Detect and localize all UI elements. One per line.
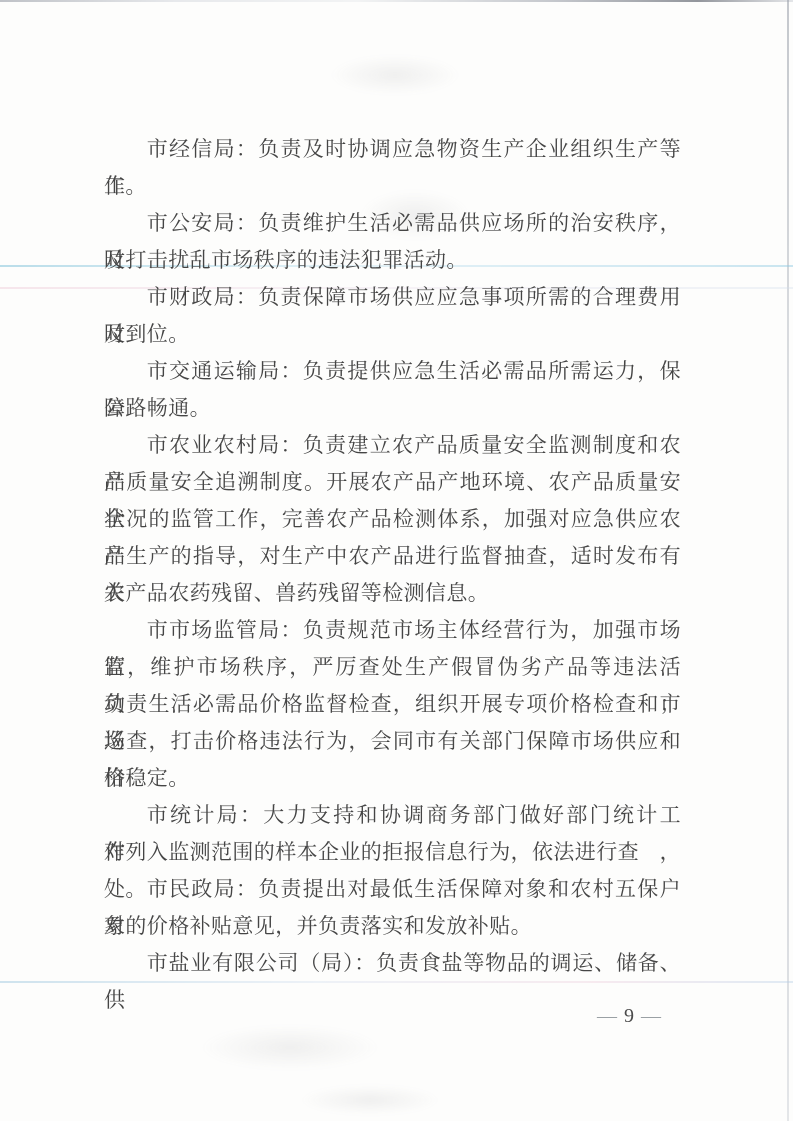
- paragraph: 市市场监管局：负责规范市场主体经营行为，加强市场监管，维护市场秩序，严厉查处生产…: [104, 612, 681, 797]
- text-line: 市统计局：大力支持和协调商务部门做好部门统计工作，: [104, 797, 681, 834]
- scan-right-edge-line: [787, 0, 789, 1121]
- paragraph: 市交通运输局：负责提供应急生活必需品所需运力，保障公路畅通。: [104, 353, 681, 427]
- page-number-value: 9: [624, 1005, 634, 1028]
- text-line: 作。: [104, 168, 681, 205]
- text-line: 格稳定。: [104, 760, 681, 797]
- paragraph: 市统计局：大力支持和协调商务部门做好部门统计工作，对列入监测范围的样本企业的拒报…: [104, 797, 681, 871]
- text-line: 象的价格补贴意见，并负责落实和发放补贴。: [104, 908, 681, 945]
- text-line: 品质量安全追溯制度。开展农产品产地环境、农产品质量安全: [104, 464, 681, 501]
- document-body: 市经信局：负责及时协调应急物资生产企业组织生产等工作。市公安局：负责维护生活必需…: [104, 131, 681, 982]
- text-line: 市交通运输局：负责提供应急生活必需品所需运力，保障: [104, 353, 681, 390]
- scan-smudge: [330, 55, 460, 95]
- text-line: 状况的监管工作，完善农产品检测体系，加强对应急供应农产: [104, 501, 681, 538]
- paragraph: 市经信局：负责及时协调应急物资生产企业组织生产等工作。: [104, 131, 681, 205]
- scan-smudge: [300, 1085, 440, 1115]
- page-number-dash-right: —: [641, 1005, 661, 1028]
- text-line: 农产品农药残留、兽药残留等检测信息。: [104, 575, 681, 612]
- document-page: 市经信局：负责及时协调应急物资生产企业组织生产等工作。市公安局：负责维护生活必需…: [0, 0, 793, 1121]
- text-line: 对列入监测范围的样本企业的拒报信息行为，依法进行查处。: [104, 834, 681, 871]
- text-line: 市民政局：负责提出对最低生活保障对象和农村五保户对: [104, 871, 681, 908]
- text-line: 公路畅通。: [104, 390, 681, 427]
- scan-top-edge-line: [0, 0, 793, 2]
- text-line: 巡查，打击价格违法行为，会同市有关部门保障市场供应和价: [104, 723, 681, 760]
- text-line: 时到位。: [104, 316, 681, 353]
- scan-smudge: [200, 1025, 380, 1070]
- paragraph: 市民政局：负责提出对最低生活保障对象和农村五保户对象的价格补贴意见，并负责落实和…: [104, 871, 681, 945]
- text-line: 市农业农村局：负责建立农产品质量安全监测制度和农产: [104, 427, 681, 464]
- paragraph: 市盐业有限公司（局）：负责食盐等物品的调运、储备、供: [104, 945, 681, 982]
- paragraph: 市财政局：负责保障市场供应应急事项所需的合理费用及时到位。: [104, 279, 681, 353]
- page-number-dash-left: —: [597, 1005, 617, 1028]
- text-line: 品生产的指导，对生产中农产品进行监督抽查，适时发布有关: [104, 538, 681, 575]
- text-line: 时打击扰乱市场秩序的违法犯罪活动。: [104, 242, 681, 279]
- text-line: 市市场监管局：负责规范市场主体经营行为，加强市场监: [104, 612, 681, 649]
- page-number: — 9 —: [592, 1002, 666, 1030]
- text-line: 负责生活必需品价格监督检查，组织开展专项价格检查和市场: [104, 686, 681, 723]
- text-line: 市财政局：负责保障市场供应应急事项所需的合理费用及: [104, 279, 681, 316]
- text-line: 市经信局：负责及时协调应急物资生产企业组织生产等工: [104, 131, 681, 168]
- text-line: 市公安局：负责维护生活必需品供应场所的治安秩序，及: [104, 205, 681, 242]
- paragraph: 市农业农村局：负责建立农产品质量安全监测制度和农产品质量安全追溯制度。开展农产品…: [104, 427, 681, 612]
- text-line: 管，维护市场秩序，严厉查处生产假冒伪劣产品等违法活动；: [104, 649, 681, 686]
- text-line: 市盐业有限公司（局）：负责食盐等物品的调运、储备、供: [104, 945, 681, 982]
- paragraph: 市公安局：负责维护生活必需品供应场所的治安秩序，及时打击扰乱市场秩序的违法犯罪活…: [104, 205, 681, 279]
